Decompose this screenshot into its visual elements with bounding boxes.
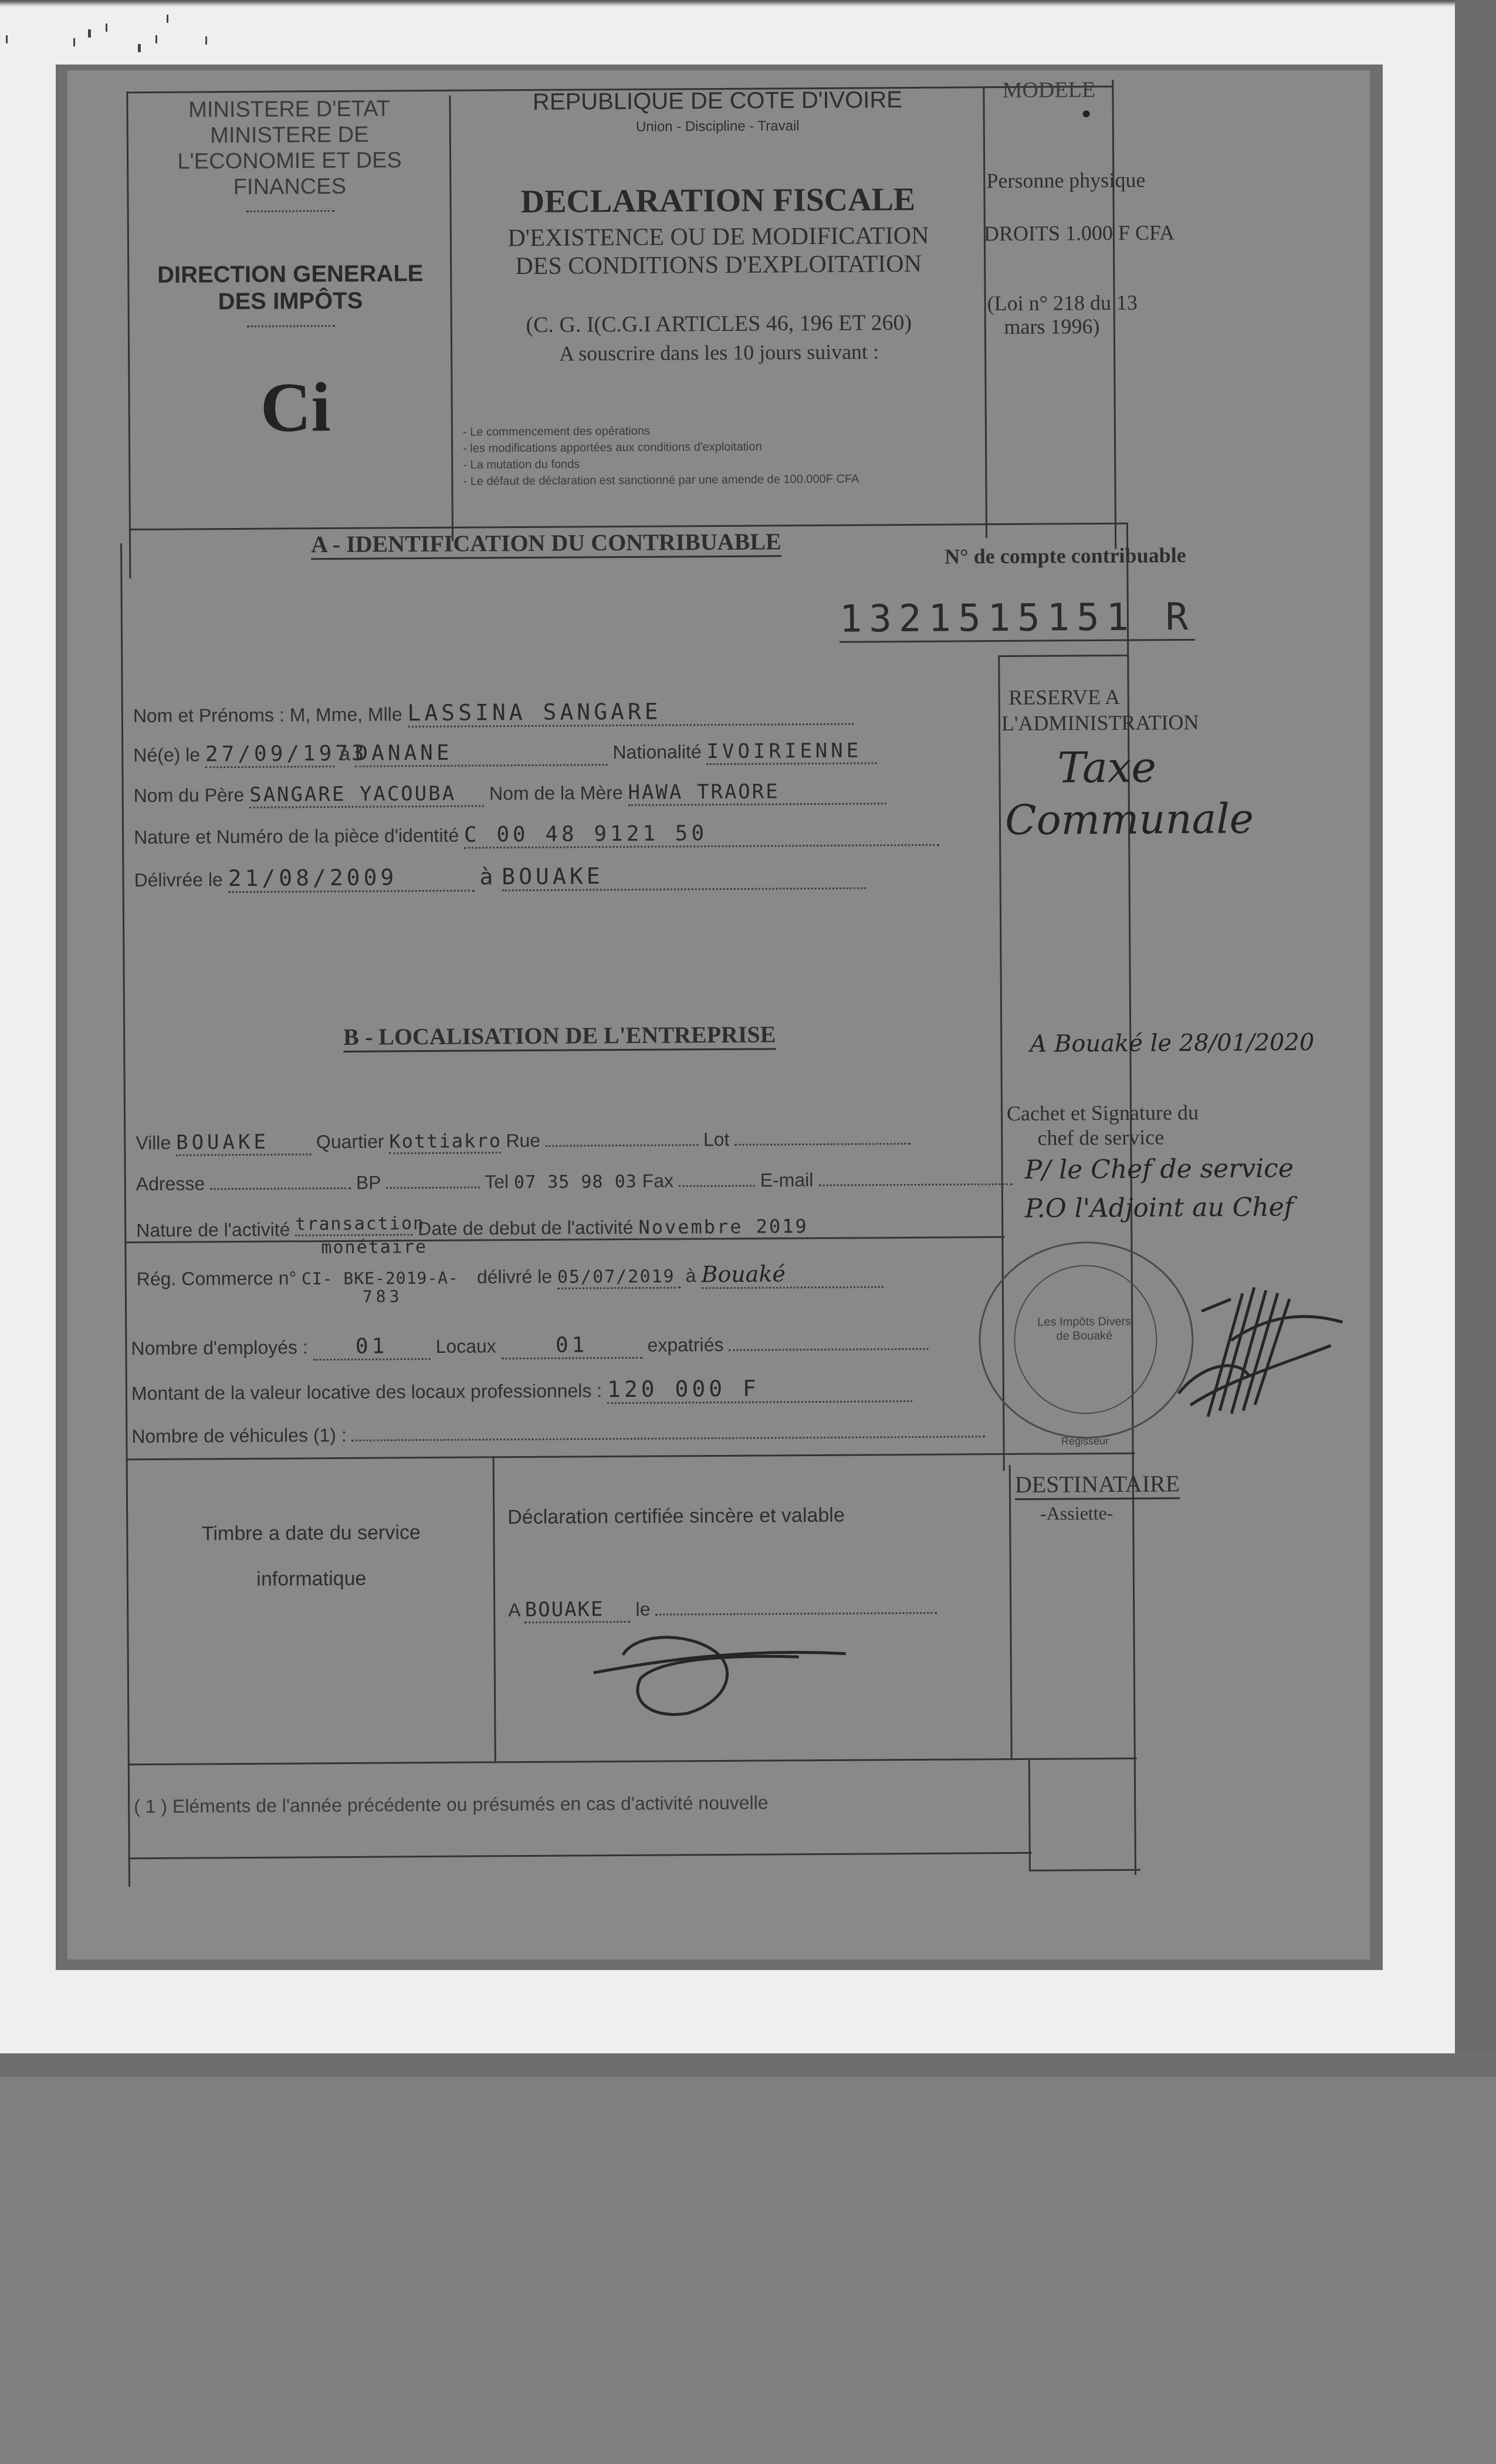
field-label: Né(e) le: [133, 744, 200, 766]
adresse-value: [210, 1170, 351, 1190]
field-value: BOUAKE: [502, 861, 865, 891]
tel-label: Tel: [485, 1171, 509, 1192]
row-location: Ville BOUAKE Quartier Kottiakro Rue Lot: [136, 1125, 998, 1156]
admin-note-line2: Communale: [1005, 794, 1254, 844]
ministry-name: MINISTERE D'ETAT MINISTERE DE L'ECONOMIE…: [129, 96, 449, 213]
trade-register-place-value: Bouaké: [701, 1260, 883, 1289]
document-photo: MINISTERE D'ETAT MINISTERE DE L'ECONOMIE…: [56, 65, 1383, 1970]
rental-value: 120 000 F: [607, 1375, 912, 1404]
trade-register-issued-label: délivré le: [477, 1266, 552, 1288]
stamp-text: Les Impôts Divers de Bouaké: [1014, 1314, 1155, 1343]
section-b-title: B - LOCALISATION DE L'ENTREPRISE: [343, 1020, 776, 1051]
ministry-line: MINISTERE D'ETAT: [129, 96, 449, 123]
trade-register-value-line2: 783: [363, 1287, 403, 1306]
scanner-edge: [1455, 0, 1496, 2077]
start-date-label: Date de debut de l'activité: [418, 1217, 633, 1239]
field-label: Nom du Père: [134, 784, 245, 806]
ministry-line: MINISTERE DE: [130, 121, 449, 149]
condition-item: - Le commencement des opérations: [463, 422, 859, 441]
field-label: Délivrée le: [134, 869, 222, 891]
trade-register-label: Rég. Commerce n°: [137, 1267, 297, 1289]
separator: [246, 210, 334, 212]
admin-title-line: L'ADMINISTRATION: [1001, 710, 1128, 736]
field-value: IVOIRIENNE: [706, 739, 876, 765]
email-label: E-mail: [760, 1169, 814, 1191]
tel-value: 07 35 98 03: [514, 1172, 637, 1193]
law-line: mars 1996): [987, 314, 1116, 339]
employees-label: Nombre d'employés :: [131, 1336, 308, 1359]
law-reference: (Loi n° 218 du 13 mars 1996): [987, 291, 1116, 339]
bp-value: [386, 1169, 480, 1189]
field-value: LASSINA SANGARE: [407, 698, 853, 728]
direction-line: DES IMPÔTS: [130, 287, 450, 316]
row-contact: Adresse BP Tel 07 35 98 03 Fax E-mail: [136, 1166, 999, 1195]
trade-register-value: CI- BKE-2019-A-: [302, 1268, 472, 1289]
scanner-bed: [0, 2053, 1496, 2077]
field-value: HAWA TRAORE: [628, 779, 886, 806]
lot-value: [735, 1125, 911, 1146]
certification-place-date: A BOUAKE le: [508, 1594, 995, 1623]
account-number-value: 1321515151 R: [840, 595, 1196, 643]
ville-label: Ville: [136, 1132, 171, 1153]
row-vehicles: Nombre de véhicules (1) :: [131, 1418, 1000, 1447]
ink-dot: [1083, 110, 1090, 117]
activity-value-line2: monétaire: [321, 1237, 427, 1258]
fee-amount: DROITS 1.000 F CFA: [984, 221, 1116, 246]
fax-label: Fax: [642, 1170, 673, 1191]
stamp-box-line: Timbre a date du service: [129, 1509, 493, 1557]
subtitle-line: D'EXISTENCE OU DE MODIFICATION: [453, 221, 984, 253]
person-type: Personne physique: [986, 168, 1115, 193]
field-label: à: [340, 743, 350, 764]
vehicles-value: [351, 1418, 985, 1441]
certif-date-label: le: [635, 1599, 650, 1620]
field-birth: Né(e) le 27/09/1973 à DANANE Nationalité…: [133, 737, 996, 769]
field-id-issued: Délivrée le 21/08/2009 à BOUAKE: [134, 861, 996, 893]
field-value: SANGARE YACOUBA: [249, 781, 484, 808]
email-value: [818, 1166, 1012, 1186]
signatory-text: P/ le Chef de service P.O l'Adjoint au C…: [1024, 1149, 1294, 1228]
model-label: MODELE: [986, 77, 1112, 103]
form-sheet: MINISTERE D'ETAT MINISTERE DE L'ECONOMIE…: [67, 70, 1370, 1959]
signature-label: Cachet et Signature du chef de service: [1007, 1100, 1195, 1150]
certif-place-label: A: [508, 1599, 520, 1620]
condition-item: - les modifications apportées aux condit…: [463, 438, 859, 457]
signature-label-line: chef de service: [1007, 1125, 1194, 1150]
section-a-title: A - IDENTIFICATION DU CONTRIBUABLE: [311, 527, 781, 558]
ministry-line: FINANCES: [130, 173, 449, 201]
admin-reserved-title: RESERVE A L'ADMINISTRATION: [1001, 684, 1128, 736]
certif-date-value: [655, 1595, 937, 1616]
expatriates-value: [729, 1331, 928, 1351]
fax-value: [679, 1167, 755, 1187]
expatriates-label: expatriés: [647, 1334, 723, 1356]
declarant-signature: [587, 1630, 858, 1726]
field-label: à: [479, 864, 496, 889]
field-name: Nom et Prénoms : M, Mme, Mlle LASSINA SA…: [133, 696, 996, 729]
condition-item: - La mutation du fonds: [463, 455, 859, 473]
chief-signature: [1166, 1275, 1355, 1429]
law-line: (Loi n° 218 du 13: [987, 291, 1116, 315]
stamp-box-line: informatique: [130, 1555, 493, 1603]
ministry-line: L'ECONOMIE ET DES: [130, 147, 449, 175]
field-value: 27/09/1973: [205, 742, 334, 768]
lot-label: Lot: [703, 1129, 730, 1150]
republic-name: REPUBLIQUE DE COTE D'IVOIRE: [452, 86, 983, 116]
field-value: 21/08/2009: [228, 864, 474, 893]
row-activity: Nature de l'activité transaction Date de…: [136, 1210, 999, 1243]
stamp-bottom-text: Régisseur: [1044, 1435, 1126, 1448]
signatory-line: P/ le Chef de service: [1024, 1149, 1294, 1190]
rue-value: [546, 1126, 698, 1147]
field-value: DANANE: [355, 740, 607, 767]
ville-value: BOUAKE: [176, 1130, 311, 1156]
signature-label-line: Cachet et Signature du: [1007, 1100, 1194, 1126]
recipient-title: DESTINATAIRE: [1015, 1470, 1138, 1498]
trade-register-place-label: à: [686, 1265, 696, 1286]
field-label: Nationalité: [612, 741, 701, 763]
bp-label: BP: [356, 1172, 381, 1193]
form-subtitle: D'EXISTENCE OU DE MODIFICATION DES CONDI…: [453, 221, 984, 281]
separator: [246, 325, 334, 327]
activity-label: Nature de l'activité: [136, 1219, 290, 1241]
field-label: Nature et Numéro de la pièce d'identité: [134, 825, 459, 848]
recipient-value: -Assiette-: [1015, 1502, 1138, 1525]
field-parents: Nom du Père SANGARE YACOUBA Nom de la Mè…: [134, 779, 996, 809]
declaration-form: MINISTERE D'ETAT MINISTERE DE L'ECONOMIE…: [62, 66, 1376, 1964]
signatory-line: P.O l'Adjoint au Chef: [1025, 1188, 1294, 1228]
vehicles-label: Nombre de véhicules (1) :: [131, 1424, 347, 1447]
premises-label: Locaux: [435, 1335, 496, 1357]
employees-value: 01: [313, 1334, 431, 1360]
field-id-document: Nature et Numéro de la pièce d'identité …: [134, 820, 996, 851]
tax-direction: DIRECTION GENERALE DES IMPÔTS: [130, 260, 451, 328]
account-number-label: N° de compte contribuable: [945, 543, 1186, 569]
filing-deadline: A souscrire dans les 10 jours suivant :: [453, 339, 984, 367]
condition-item: - Le défaut de déclaration est sanctionn…: [463, 471, 859, 490]
admin-title-line: RESERVE A: [1001, 684, 1128, 710]
certif-place-value: BOUAKE: [525, 1597, 631, 1623]
footnote: ( 1 ) Eléments de l'année précédente ou …: [134, 1792, 769, 1818]
certification-text: Déclaration certifiée sincère et valable: [507, 1504, 845, 1529]
scanned-paper: MINISTERE D'ETAT MINISTERE DE L'ECONOMIE…: [0, 0, 1455, 2056]
row-employees: Nombre d'employés : 01 Locaux 01 expatri…: [131, 1330, 999, 1362]
rue-label: Rue: [506, 1130, 540, 1151]
stamp-line: Les Impôts Divers: [1014, 1314, 1155, 1329]
field-label: Nom de la Mère: [489, 782, 623, 804]
staple-marks: [0, 6, 246, 65]
form-title: DECLARATION FISCALE: [452, 180, 983, 221]
admin-note-line1: Taxe: [1057, 742, 1156, 792]
filing-conditions: - Le commencement des opérations - les m…: [463, 422, 859, 490]
trade-register-issued-value: 05/07/2019: [557, 1266, 681, 1289]
legal-articles: (C. G. I(C.G.I ARTICLES 46, 196 ET 260): [453, 309, 984, 339]
field-value: C 00 48 9121 50: [464, 820, 939, 849]
adresse-label: Adresse: [136, 1173, 205, 1194]
direction-line: DIRECTION GENERALE: [130, 260, 450, 289]
admin-place-date: A Bouaké le 28/01/2020: [1030, 1029, 1314, 1058]
stamp-line: de Bouaké: [1014, 1328, 1155, 1343]
premises-value: 01: [502, 1333, 642, 1359]
activity-value: transaction: [295, 1213, 412, 1236]
dgi-logo: Ci: [239, 372, 351, 443]
national-motto: Union - Discipline - Travail: [452, 117, 983, 137]
quartier-label: Quartier: [316, 1131, 384, 1152]
row-rental-value: Montant de la valeur locative des locaux…: [131, 1374, 1000, 1407]
quartier-value: Kottiakro: [389, 1129, 500, 1154]
row-trade-register: Rég. Commerce n° CI- BKE-2019-A- délivré…: [137, 1260, 999, 1292]
rental-value-label: Montant de la valeur locative des locaux…: [131, 1380, 602, 1404]
subtitle-line: DES CONDITIONS D'EXPLOITATION: [453, 249, 984, 281]
computer-stamp-box: Timbre a date du service informatique: [129, 1509, 493, 1603]
start-date-value: Novembre 2019: [638, 1215, 855, 1240]
field-label: Nom et Prénoms : M, Mme, Mlle: [133, 703, 402, 726]
